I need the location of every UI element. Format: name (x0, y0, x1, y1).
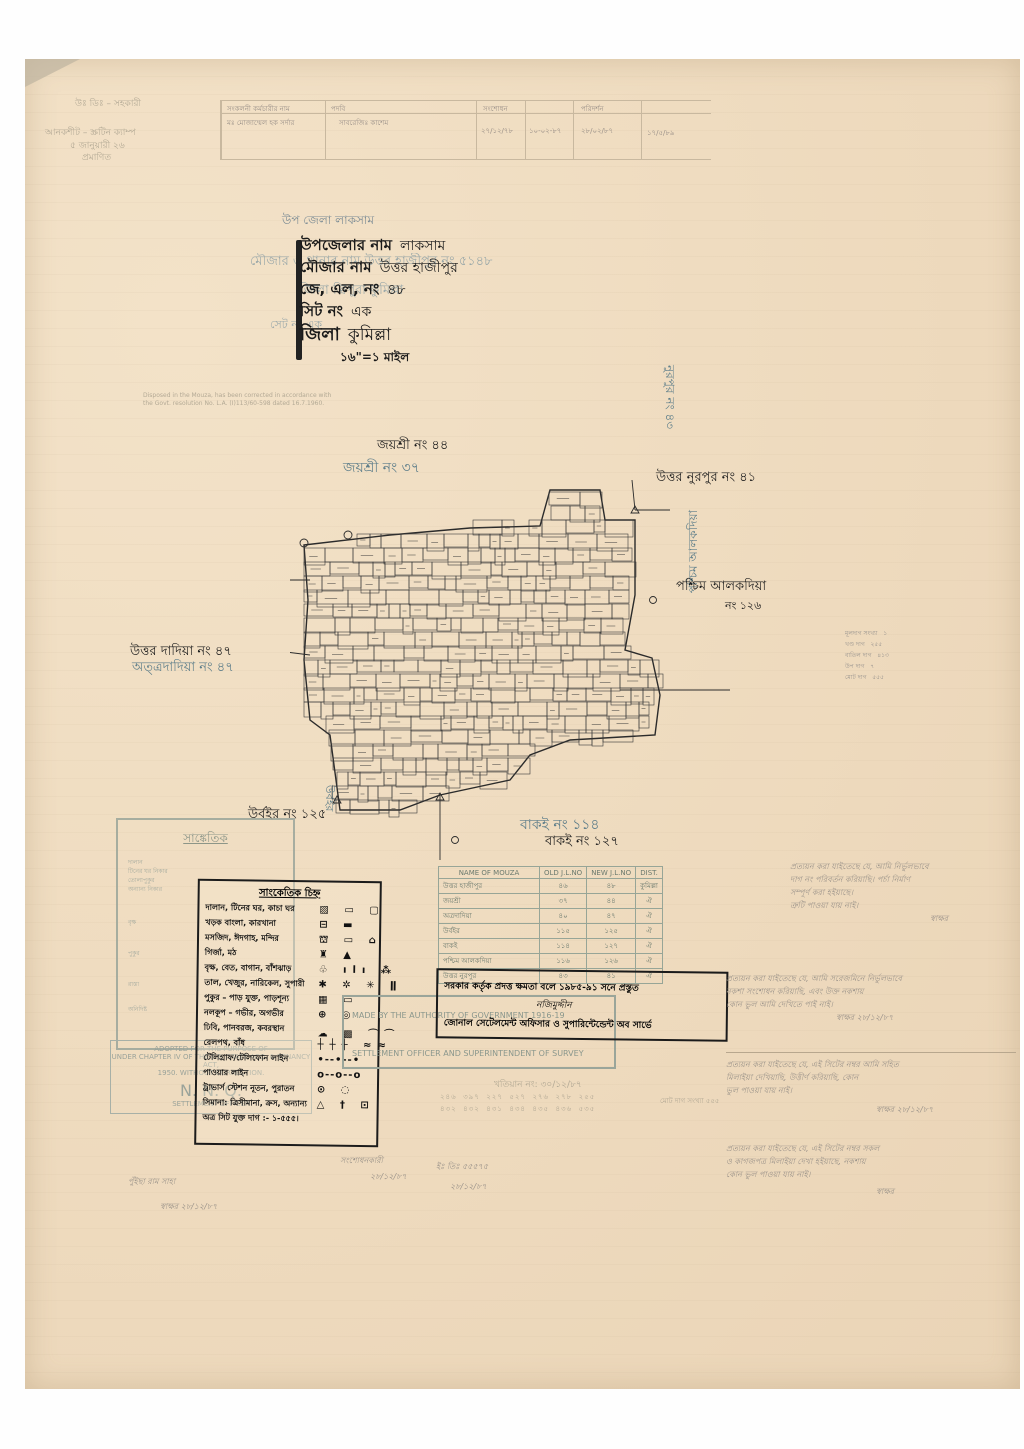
tree-symbols-icon: ♧ ılı ⁂ (319, 964, 398, 976)
bottom-mid-date: ২৮/১২/৮৭ (370, 1170, 407, 1183)
mouza-line: মৌজার নামউত্তর হাজীপুর (300, 257, 458, 279)
boundary-west-pencil: অত্ত্রদাদিয়া নং ৪৭ (132, 658, 234, 679)
certification-note-3: প্রত্যয়ন করা যাইতেছে যে, এই সিটের নম্বর… (726, 1058, 933, 1116)
jl-number-line: জে, এল, নং৪৮ (300, 279, 458, 301)
plot-count-fractions: ২৪৬ ৩৯৭ ২২৭ ৫২৭ ২৭৬ ২৭৮ ২৫৫ ৪৩২ ৪৩২ ৪৩১ … (440, 1091, 595, 1115)
table-row: উর্বইর১১৫১২৫ঐ (439, 924, 663, 939)
table-row: পশ্চিম আলকদিয়া১১৬১২৬ঐ (439, 954, 663, 969)
ledger-cell: সাবরেজিঃ কাশেম (339, 117, 388, 129)
authority-line-1: সরকার কর্তৃক প্রদত্ত ক্ষমতা বলে ১৯৮৫-৯১ … (444, 978, 639, 995)
officer-signature: নজিমুদ্দীন (536, 997, 572, 1012)
district-line: জিলাকুমিল্লা (300, 323, 458, 347)
ledger-cell: মঃ মোজাম্মেল হক সর্দার (227, 117, 294, 129)
bottom-right-date: ২৮/১২/৮৭ (450, 1180, 487, 1193)
ledger-left-note-4: প্রমাণিত (82, 150, 111, 165)
bottom-mid-note: সংশোধনকারী (340, 1154, 383, 1167)
total-plot-note: মোট দাগ সংখ্যা ৫৫৫ (660, 1095, 719, 1107)
title-block: উপজেলার নামলাকসাম মৌজার নামউত্তর হাজীপুর… (300, 235, 458, 368)
folded-corner (25, 59, 80, 87)
traverse-station-icon: ⊙ ◌ (317, 1084, 356, 1096)
header-ledger-table: সংকলনী কর্মচারীর নাম পদবি সংশোধন পরিদর্শ… (220, 100, 711, 160)
church-symbols-icon: ♜ ▲ (319, 949, 357, 961)
certification-note-4: প্রত্যয়ন করা যাইতেছে যে, এই সিটের নম্বর… (726, 1142, 894, 1198)
legend-row: অত্র সিট যুক্ত দাগ :- ১-৫৫৫। (196, 1112, 376, 1130)
ledger-left-note-1: উঃ ডিঃ – সহকারী (75, 96, 141, 111)
table-row: জয়শ্রী৩৭৪৪ঐ (439, 894, 663, 909)
ledger-cell: ১৭/৫/৮৯ (647, 127, 674, 139)
palm-symbols-icon: ✱ ✲ ✳ ǁ (318, 979, 402, 991)
ledger-col-header: সংশোধন (483, 103, 508, 115)
boundary-pillar-icon: △ † ⊡ (317, 1099, 375, 1111)
col-old-jl: OLD J.L.NO (540, 867, 587, 879)
table-row: অত্রদাদিয়া৪০৪৭ঐ (439, 909, 663, 924)
ledger-col-header: পরিদর্শন (581, 103, 604, 115)
col-new-jl: NEW J.L.NO (587, 867, 636, 879)
boundary-north-pencil: জয়শ্রী নং ৩৭ (343, 456, 420, 480)
note-divider (726, 1052, 1016, 1053)
mosque-temple-symbols-icon: ⛫ ▭ ⌂ (319, 934, 382, 948)
col-name-of-mouza: NAME OF MOUZA (439, 867, 540, 879)
bottom-left-signature: স্বাক্ষর ২৮/১২/৮৭ (160, 1200, 217, 1213)
certification-note-1: প্রত্যয়ন করা যাইতেছে যে, আমি নির্ভুলভাব… (790, 860, 948, 925)
preparation-authority-box: সরকার কর্তৃক প্রদত্ত ক্ষমতা বলে ১৯৮৫-৯১ … (436, 968, 729, 1042)
boundary-east-number: নং ১২৬ (725, 597, 761, 616)
table-row: বাকই১১৪১২৭ঐ (439, 939, 663, 954)
cadastral-plot-map (290, 480, 730, 860)
correction-note: Disposed in the Mouza, has been correcte… (143, 392, 343, 408)
mouza-jl-table: NAME OF MOUZA OLD J.L.NO NEW J.L.NO DIST… (438, 866, 663, 984)
scale-line: ১৬"=১ মাইল (340, 347, 458, 368)
table-row: উত্তর হাজীপুর৪৬৪৮কুমিল্লা (439, 879, 663, 894)
ledger-cell: ১০-০২-৮৭ (529, 125, 561, 137)
building-symbols-icon: ▨ ▭ ▢ (319, 904, 384, 916)
bottom-right-note: ইঃ তিঃ ৫৫৫৭৫ (436, 1160, 488, 1173)
ledger-col-header: পদবি (331, 103, 345, 115)
ledger-cell: ২৮/০২/৮৭ (581, 125, 613, 137)
upazila-line: উপজেলার নামলাকসাম (300, 235, 458, 257)
old-legend-title: সাঙ্কেতিক (118, 830, 293, 850)
sheet-number-line: সিট নংএক (300, 301, 458, 323)
ledger-col-header: সংকলনী কর্মচারীর নাম (227, 103, 290, 115)
boundary-north: জয়শ্রী নং ৪৪ (377, 436, 448, 457)
bottom-left-note: পুঁইছা রাম সাহা (128, 1175, 175, 1188)
authority-line-2: জোনাল সেটেলমেন্ট অফিসার ও সুপারিন্টেন্ডে… (444, 1015, 652, 1033)
certification-note-2: প্রত্যয়ন করা যাইতেছে যে, আমি সরেজমিনে ন… (726, 972, 902, 1024)
power-line-icon: o--o--o (317, 1069, 361, 1081)
title-pencil-heading: উপ জেলা লাকসাম (282, 212, 374, 232)
col-dist: DIST. (636, 867, 663, 879)
plot-summary-table: মূলদাগ সংখ্যা ১ খণ্ড দাগ ২৫৫ বাতিল দাগ ৪… (845, 628, 889, 683)
ledger-cell: ২৭/১২/৭৮ (481, 125, 513, 137)
factory-symbols-icon: ⊟ ▬ (319, 919, 358, 931)
khatian-label: খতিয়ান নং: ৩০/১২/৮৭ (494, 1077, 582, 1092)
boundary-northeast-pencil: নুরপুর নং ৪৩ (660, 365, 680, 429)
